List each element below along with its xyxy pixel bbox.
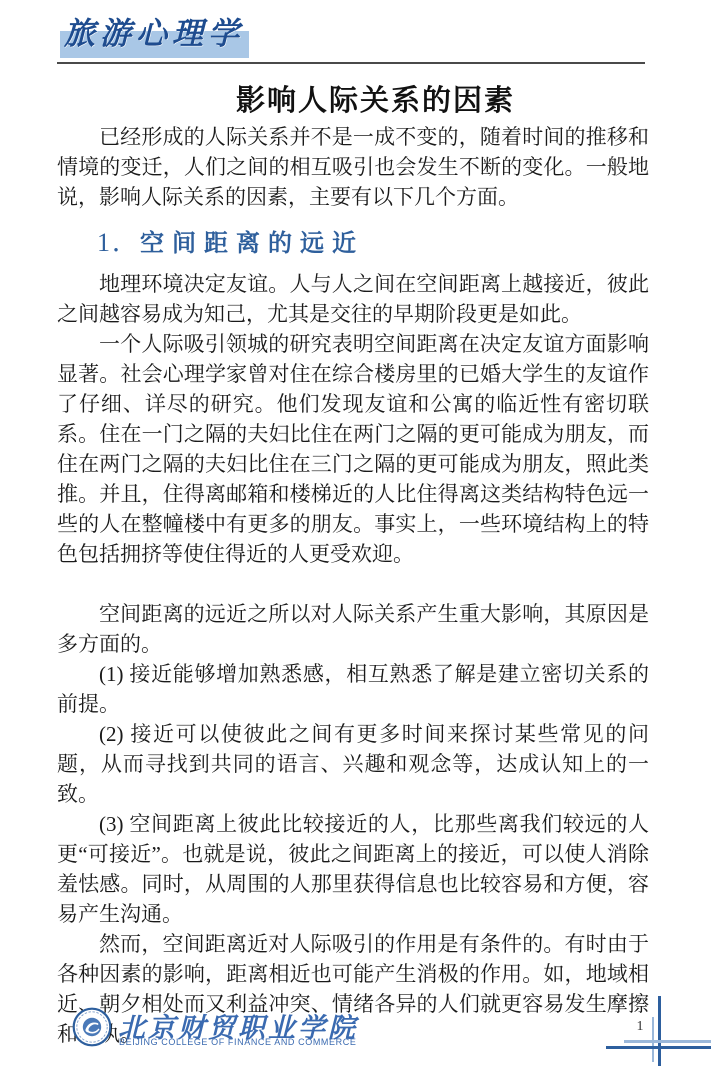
footer-deco-horizontal-dark	[606, 1046, 711, 1049]
brand-logotype: 旅游心理学	[64, 16, 324, 52]
document-body: 已经形成的人际关系并不是一成不变的，随着时间的推移和情境的变迁，人们之间的相互吸…	[57, 122, 649, 1049]
list-item-paragraph: (1) 接近能够增加熟悉感，相互熟悉了解是建立密切关系的前提。	[57, 659, 649, 719]
list-item-paragraph: (3) 空间距离上彼此比较接近的人，比那些离我们较远的人更“可接近”。也就是说，…	[57, 809, 649, 929]
intro-paragraph: 已经形成的人际关系并不是一成不变的，随着时间的推移和情境的变迁，人们之间的相互吸…	[57, 122, 649, 212]
college-name-english: BEIJING COLLEGE OF FINANCE AND COMMERCE	[119, 1037, 419, 1047]
section-heading: 1．空间距离的远近	[57, 228, 649, 259]
footer-deco-vertical-dark	[658, 996, 661, 1066]
paragraph: 一个人际吸引领城的研究表明空间距离在决定友谊方面影响显著。社会心理学家曾对住在综…	[57, 329, 649, 569]
paragraph: 空间距离的远近之所以对人际关系产生重大影响，其原因是多方面的。	[57, 599, 649, 659]
paragraph: 地理环境决定友谊。人与人之间在空间距离上越接近，彼此之间越容易成为知己，尤其是交…	[57, 269, 649, 329]
section-number: 1．	[97, 228, 140, 257]
document-page: 旅游心理学 影响人际关系的因素 已经形成的人际关系并不是一成不变的，随着时间的推…	[0, 0, 711, 1066]
list-item-paragraph: (2) 接近可以使彼此之间有更多时间来探讨某些常见的问题，从而寻找到共同的语言、…	[57, 719, 649, 809]
college-seal-icon	[72, 1007, 112, 1047]
page-number: 1	[630, 1019, 650, 1035]
footer-deco-horizontal-light	[624, 1040, 711, 1043]
header-divider	[57, 62, 645, 64]
section-title: 空间距离的远近	[140, 231, 364, 257]
page-title: 影响人际关系的因素	[20, 78, 711, 119]
